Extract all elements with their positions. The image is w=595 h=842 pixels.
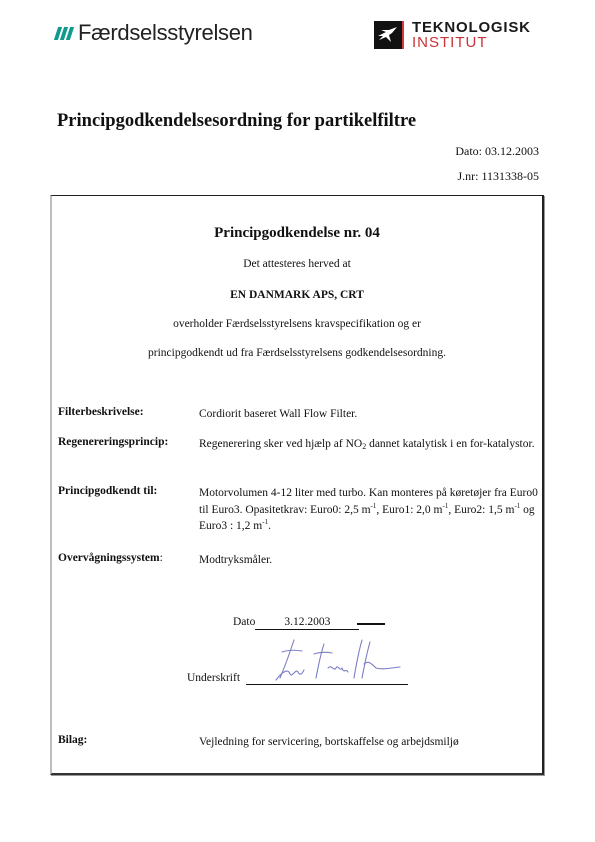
faerdselsstyrelsen-name: Færdselsstyrelsen: [78, 20, 253, 46]
journal-number: J.nr: 1131338-05: [457, 169, 539, 184]
bird-logo-icon: [374, 21, 404, 49]
regeneration-label: Regenereringsprincip:: [58, 436, 168, 448]
document-date: Dato: 03.12.2003: [455, 144, 539, 159]
monitoring-value: Modtryksmåler.: [199, 552, 539, 569]
regeneration-value: Regenerering sker ved hjælp af NO2 danne…: [199, 436, 539, 453]
signature-date: Dato3.12.2003: [233, 611, 385, 630]
three-slashes-logo-icon: [56, 27, 72, 40]
approved-for-label: Principgodkendt til:: [58, 485, 157, 497]
signature-date-value: 3.12.2003: [255, 615, 359, 630]
document-title: Principgodkendelsesordning for partikelf…: [57, 111, 416, 132]
approved-for-value: Motorvolumen 4-12 liter med turbo. Kan m…: [199, 485, 539, 535]
filter-value: Cordiorit baseret Wall Flow Filter.: [199, 406, 539, 423]
monitoring-label: Overvågningssystem:: [58, 552, 163, 564]
attachment-label: Bilag:: [58, 734, 87, 746]
filter-label: Filterbeskrivelse:: [58, 406, 144, 418]
faerdselsstyrelsen-logo: Færdselsstyrelsen: [56, 20, 253, 46]
teknologisk-text: TEKNOLOGISK: [412, 20, 531, 35]
certificate-intro: Det attesteres herved at: [50, 258, 544, 270]
handwritten-signature-icon: [272, 638, 402, 691]
statement-line-2: principgodkendt ud fra Færdselsstyrelsen…: [50, 347, 544, 359]
attachment-value: Vejledning for servicering, bortskaffels…: [199, 734, 539, 751]
teknologisk-institut-logo: TEKNOLOGISK INSTITUT: [374, 21, 531, 50]
certificate-title: Principgodkendelse nr. 04: [50, 225, 544, 242]
statement-line-1: overholder Færdselsstyrelsens kravspecif…: [50, 318, 544, 330]
company-name: EN DANMARK APS, CRT: [50, 289, 544, 301]
institut-text: INSTITUT: [412, 35, 531, 50]
signature-label: Underskrift: [187, 672, 240, 684]
